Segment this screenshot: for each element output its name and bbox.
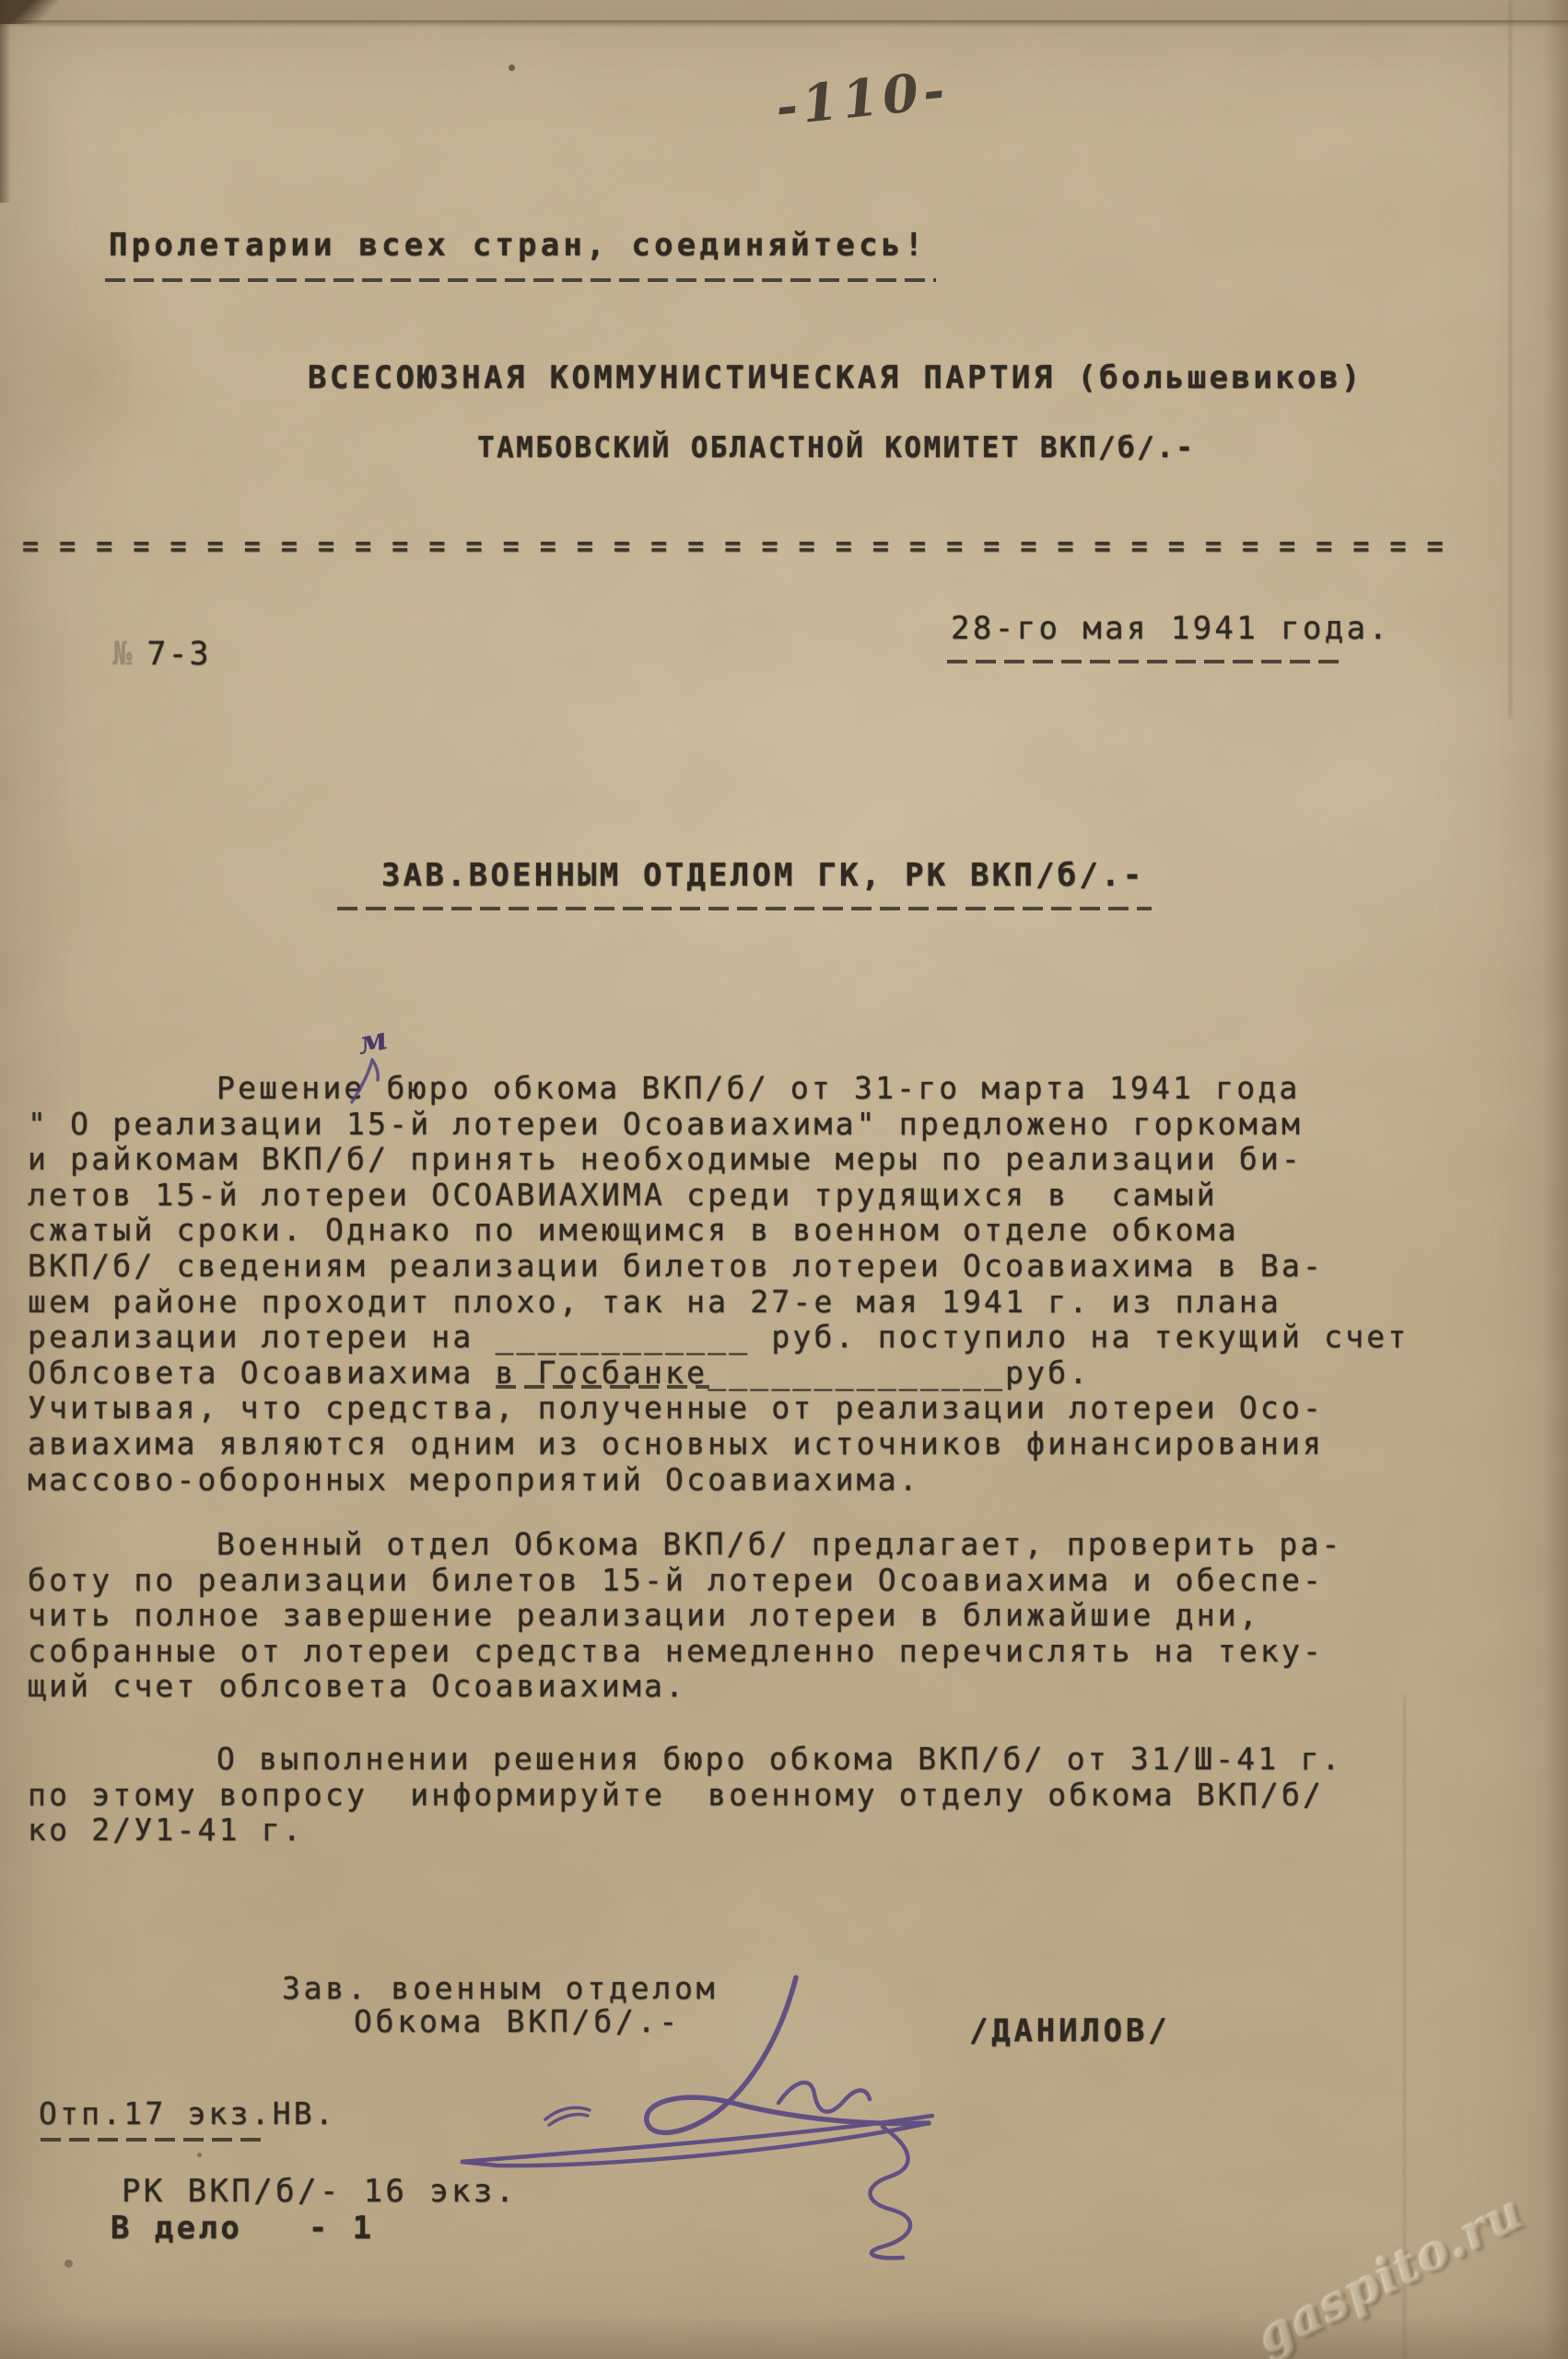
- body-line: сжатый сроки. Однако по имеющимся в воен…: [28, 1213, 1470, 1249]
- body-line: массово-оборонных мероприятий Осоавиахим…: [28, 1462, 1470, 1498]
- date-line: 28-го мая 1941 года.: [951, 610, 1390, 647]
- addressee-underline: [337, 907, 1152, 910]
- footer-tick-mark: [545, 2107, 590, 2125]
- slogan-line: Пролетарии всех стран, соединяйтесь!: [109, 227, 927, 264]
- party-name-line2: ТАМБОВСКИЙ ОБЛАСТНОЙ КОМИТЕТ ВКП/б/.-: [477, 431, 1195, 464]
- handwritten-insert-m: м: [354, 1020, 391, 1062]
- doc-number-value: 7-3: [146, 636, 210, 673]
- document-page: -110- Пролетарии всех стран, соединяйтес…: [0, 0, 1568, 2359]
- vertical-crease-top: [1509, 0, 1512, 719]
- party-name-line1: ВСЕСОЮЗНАЯ КОММУНИСТИЧЕСКАЯ ПАРТИЯ (боль…: [308, 359, 1363, 396]
- signature-autograph: [871, 2127, 911, 2258]
- body-line: Решение бюро обкома ВКП/б/ от 31-го март…: [28, 1071, 1470, 1107]
- date-underline: [947, 660, 1343, 663]
- paper-speck: [197, 2153, 202, 2157]
- paper-speck: [64, 2259, 73, 2268]
- page-number-handwritten: -110-: [773, 59, 952, 137]
- body-paragraph-2: Военный отдел Обкома ВКП/б/ предлагает, …: [28, 1527, 1470, 1705]
- body-line: по этому вопросу информируйте военному о…: [28, 1778, 1470, 1813]
- addressee-line: ЗАВ.ВОЕННЫМ ОТДЕЛОМ ГК, РК ВКП/б/.-: [381, 857, 1144, 894]
- body-line: авиахима являются одним из основных исто…: [28, 1426, 1470, 1462]
- divider-equals: = = = = = = = = = = = = = = = = = = = = …: [22, 531, 1445, 563]
- underlying-sheet-strip: [0, 0, 1568, 22]
- paper-speck: [509, 65, 515, 71]
- doc-number-prefix: №: [112, 636, 134, 673]
- body-line: Облсовета Осоавиахима в Госбанке________…: [28, 1356, 1470, 1391]
- footer-distribution-1: РК ВКП/б/- 16 экз.: [122, 2173, 518, 2210]
- body-line: шем районе проходит плохо, так на 27-е м…: [28, 1285, 1470, 1320]
- signature-autograph: [461, 2116, 932, 2165]
- body-line: реализации лотереи на ____________ руб. …: [28, 1320, 1470, 1356]
- slogan-underline: [105, 278, 936, 282]
- body-line: и райкомам ВКП/б/ принять необходимые ме…: [28, 1142, 1470, 1178]
- body-line: О выполнении решения бюро обкома ВКП/б/ …: [28, 1742, 1470, 1778]
- body-line: Военный отдел Обкома ВКП/б/ предлагает, …: [28, 1527, 1470, 1563]
- body-line: ко 2/У1-41 г.: [28, 1813, 1470, 1848]
- body-line: ВКП/б/ сведениям реализации билетов лоте…: [28, 1249, 1470, 1285]
- body-paragraph-3: О выполнении решения бюро обкома ВКП/б/ …: [28, 1742, 1470, 1848]
- right-edge-shadow: [1544, 0, 1568, 2359]
- signatory-name: /ДАНИЛОВ/: [969, 2013, 1170, 2049]
- body-paragraph-1: Решение бюро обкома ВКП/б/ от 31-го март…: [28, 1071, 1470, 1497]
- left-edge-shadow: [0, 0, 11, 203]
- body-line: летов 15-й лотереи ОСОАВИАХИМА среди тру…: [28, 1178, 1470, 1214]
- footer-copies: Отп.17 экз.НВ.: [39, 2095, 336, 2131]
- footer-underline: [41, 2138, 262, 2142]
- signature-autograph: [778, 2083, 870, 2112]
- signature-title-line1: Зав. военным отделом: [282, 1970, 718, 2006]
- body-line: боту по реализации билетов 15-й лотереи …: [28, 1563, 1470, 1599]
- top-fold-crease: [0, 20, 1568, 28]
- body-line: Учитывая, что средства, полученные от ре…: [28, 1391, 1470, 1426]
- signature-title-line2: Обкома ВКП/б/.-: [354, 2003, 681, 2039]
- body-line: щий счет облсовета Осоавиахима.: [28, 1669, 1470, 1705]
- gosbank-underline: [496, 1385, 709, 1389]
- body-line: собранные от лотереи средства немедленно…: [28, 1634, 1470, 1670]
- paper-stain: [1179, 590, 1529, 977]
- body-line: " О реализации 15-й лотереи Осоавиахима"…: [28, 1107, 1470, 1143]
- footer-distribution-2: В дело - 1: [111, 2210, 374, 2247]
- doc-number: №7-3: [28, 599, 211, 710]
- body-line: чить полное завершение реализации лотере…: [28, 1598, 1470, 1634]
